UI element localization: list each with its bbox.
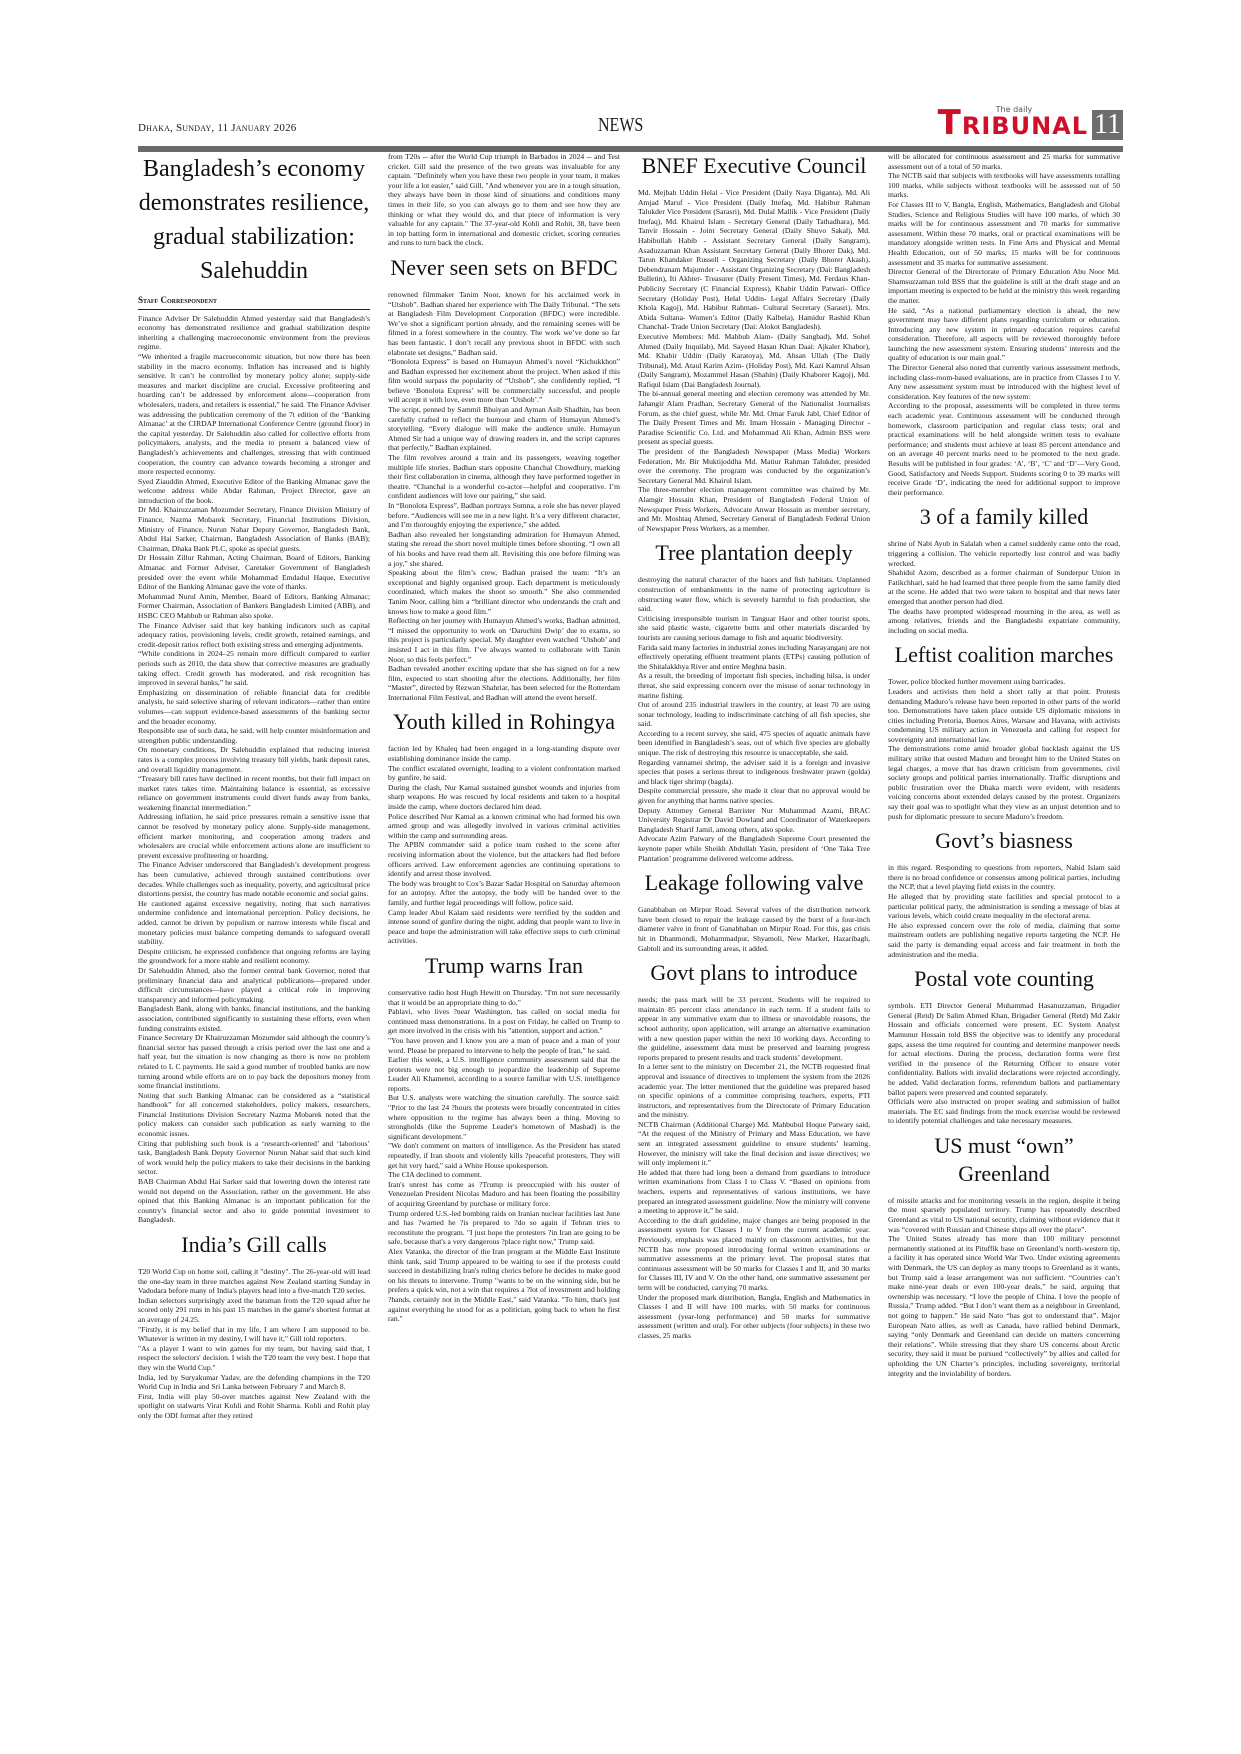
byline: Staff Correspondent — [138, 296, 370, 310]
paragraph: “Treasury bill rates have declined in re… — [138, 774, 370, 812]
article-body: Ganabhaban on Mirpur Road. Several valve… — [638, 905, 870, 953]
headline: Leftist coalition marches — [888, 641, 1120, 669]
headline: Bangladesh’s economy demonstrates resili… — [138, 152, 370, 288]
paragraph: The bi-annual general meeting and electi… — [638, 389, 870, 447]
article-trump-iran: Trump warns Iran conservative radio host… — [388, 952, 620, 1324]
paragraph: in this regard. Responding to questions … — [888, 863, 1120, 892]
headline: Leakage following valve — [638, 869, 870, 897]
article-body: shrine of Nabi Ayub in Salalah when a ca… — [888, 539, 1120, 635]
paragraph: The film revolves around a train and its… — [388, 453, 620, 501]
article-columns: Bangladesh’s economy demonstrates resili… — [138, 152, 1123, 1712]
paragraph: shrine of Nabi Ayub in Salalah when a ca… — [888, 539, 1120, 568]
article-govt-plans-continued: will be allocated for continuous assessm… — [888, 152, 1120, 497]
paragraph: symbols. ETI Director General Muhammad H… — [888, 1001, 1120, 1097]
paragraph: The Finance Adviser underscored that Ban… — [138, 860, 370, 898]
article-body: in this regard. Responding to questions … — [888, 863, 1120, 959]
paragraph: The United States already has more than … — [888, 1234, 1120, 1378]
paragraph: The script, penned by Sammil Bhuiyan and… — [388, 405, 620, 453]
paragraph: He added that there had long been a dema… — [638, 1168, 870, 1216]
paragraph: “While conditions in 2024–25 remain more… — [138, 649, 370, 687]
paragraph: Farida said many factories in industrial… — [638, 643, 870, 672]
paragraph: Police described Nur Kamal as a known cr… — [388, 812, 620, 841]
column-1: Bangladesh’s economy demonstrates resili… — [138, 152, 370, 1421]
paragraph: Tower, police blocked further movement u… — [888, 677, 1120, 687]
paragraph: Reflecting on her journey with Humayun A… — [388, 616, 620, 664]
paragraph: Dr Hossain Zillur Rahman, Acting Chairma… — [138, 553, 370, 591]
paragraph: Camp leader Abul Kalam said residents we… — [388, 908, 620, 946]
paragraph: According to a recent survey, she said, … — [638, 729, 870, 758]
paragraph: "We don't comment on matters of intellig… — [388, 1141, 620, 1170]
paragraph: Out of around 235 industrial trawlers in… — [638, 700, 870, 729]
paragraph: According to the proposal, assessments w… — [888, 401, 1120, 497]
article-body: faction led by Khaleq had been engaged i… — [388, 744, 620, 945]
paragraph: Trump ordered U.S.-led bombing raids on … — [388, 1209, 620, 1247]
paragraph: BAB Chairman Abdul Hai Sarker said that … — [138, 1177, 370, 1225]
paragraph: On monetary conditions, Dr Salehuddin ex… — [138, 745, 370, 774]
paragraph: The NCTB said that subjects with textboo… — [888, 171, 1120, 200]
paragraph: But U.S. analysts were watching the situ… — [388, 1093, 620, 1141]
paragraph: Badhan revealed another exciting update … — [388, 664, 620, 702]
newspaper-logo: The daily TRIBUNAL 11 — [938, 102, 1123, 140]
article-leftist: Leftist coalition marches Tower, police … — [888, 641, 1120, 821]
article-bnef: BNEF Executive Council Md. Mejbah Uddin … — [638, 152, 870, 533]
paragraph: The deaths have prompted widespread mour… — [888, 607, 1120, 636]
article-body: Tower, police blocked further movement u… — [888, 677, 1120, 821]
headline: Tree plantation deeply — [638, 539, 870, 567]
paragraph: He alleged that by providing state facil… — [888, 892, 1120, 921]
article-body: Finance Adviser Dr Salehuddin Ahmed yest… — [138, 314, 370, 1225]
paragraph: The CIA declined to comment. — [388, 1170, 620, 1180]
paragraph: “Bonolota Express” is based on Humayun A… — [388, 357, 620, 405]
paragraph: Alex Vatanka, the director of the Iran p… — [388, 1247, 620, 1324]
paragraph: The Finance Adviser said that key bankin… — [138, 621, 370, 650]
paragraph: Dr Md. Khairuzzaman Mozumder Secretary, … — [138, 505, 370, 553]
column-4: will be allocated for continuous assessm… — [888, 152, 1120, 1378]
headline: India’s Gill calls — [138, 1231, 370, 1259]
article-greenland: US must “own” Greenland of missile attac… — [888, 1132, 1120, 1378]
column-3: BNEF Executive Council Md. Mejbah Uddin … — [638, 152, 870, 1341]
paragraph: Md. Mejbah Uddin Helal - Vice President … — [638, 188, 870, 332]
paragraph: Regarding vannamei shrimp, the adviser s… — [638, 758, 870, 787]
paragraph: The three-member election management com… — [638, 485, 870, 533]
logo-wordmark: The daily TRIBUNAL — [938, 106, 1088, 140]
paragraph: “We inherited a fragile macroeconomic si… — [138, 352, 370, 477]
paragraph: needs; the pass mark will be 33 percent.… — [638, 995, 870, 1062]
paragraph: "You have proven and I know you are a ma… — [388, 1036, 620, 1055]
dateline: Dhaka, Sunday, 11 January 2026 — [138, 122, 296, 134]
paragraph: For Classes III to V, Bangla, English, M… — [888, 200, 1120, 267]
paragraph: The president of the Bangladesh Newspape… — [638, 447, 870, 485]
paragraph: Emphasizing on dissemination of reliable… — [138, 688, 370, 726]
headline: Trump warns Iran — [388, 952, 620, 980]
paragraph: of missile attacks and for monitoring ve… — [888, 1196, 1120, 1234]
paragraph: Badhan also revealed her longstanding ad… — [388, 530, 620, 568]
article-tree: Tree plantation deeply destroying the na… — [638, 539, 870, 863]
paragraph: According to the draft guideline, major … — [638, 1216, 870, 1293]
paragraph: Earlier this week, a U.S. intelligence c… — [388, 1055, 620, 1093]
paragraph: Shahidul Azom, described as a former cha… — [888, 568, 1120, 606]
article-body: symbols. ETI Director General Muhammad H… — [888, 1001, 1120, 1126]
paragraph: "Firstly, it is my belief that in my lif… — [138, 1325, 370, 1344]
paragraph: Noting that such Banking Almanac can be … — [138, 1091, 370, 1139]
headline: US must “own” Greenland — [888, 1132, 1120, 1188]
paragraph: will be allocated for continuous assessm… — [888, 152, 1120, 171]
paragraph: In a letter sent to the ministry on Dece… — [638, 1062, 870, 1120]
paragraph: Finance Secretary Dr Khairuzzaman Mozumd… — [138, 1033, 370, 1091]
paragraph: Pahlavi, who lives ?near Washington, has… — [388, 1007, 620, 1036]
headline: Youth killed in Rohingya — [388, 708, 620, 736]
paragraph: Despite commercial pressure, she made it… — [638, 786, 870, 805]
article-leakage: Leakage following valve Ganabhaban on Mi… — [638, 869, 870, 953]
paragraph: As a result, the breeding of important f… — [638, 671, 870, 700]
article-body: destroying the natural character of the … — [638, 575, 870, 863]
article-family: 3 of a family killed shrine of Nabi Ayub… — [888, 503, 1120, 635]
paragraph: renowned filmmaker Tanim Noor, known for… — [388, 290, 620, 357]
paragraph: destroying the natural character of the … — [638, 575, 870, 613]
article-gill: India’s Gill calls T20 World Cup on home… — [138, 1231, 370, 1421]
headline: Never seen sets on BFDC — [388, 254, 620, 282]
headline: Govt plans to introduce — [638, 959, 870, 987]
paragraph: Bangladesh Bank, along with banks, finan… — [138, 1004, 370, 1033]
paragraph: Responsible use of such data, he said, w… — [138, 726, 370, 745]
section-title: NEWS — [598, 114, 643, 137]
paragraph: Deputy Attorney General Barrister Nur Mu… — [638, 806, 870, 835]
paragraph: Dr Salehuddin Ahmed, also the former cen… — [138, 966, 370, 1004]
article-body: T20 World Cup on home soil, calling it "… — [138, 1267, 370, 1421]
paragraph: Advocate Azim Patwary of the Bangladesh … — [638, 834, 870, 863]
paragraph: First, India will play 50-over matches a… — [138, 1392, 370, 1421]
article-body: renowned filmmaker Tanim Noor, known for… — [388, 290, 620, 703]
headline: Postal vote counting — [888, 965, 1120, 993]
paragraph: Addressing inflation, he said price pres… — [138, 812, 370, 860]
paragraph: India, led by Suryakumar Yadav, are the … — [138, 1373, 370, 1392]
paragraph: Syed Ziauddin Ahmed, Executive Editor of… — [138, 477, 370, 506]
newspaper-page: Dhaka, Sunday, 11 January 2026 NEWS The … — [138, 108, 1123, 152]
paragraph: Citing that publishing such book is a ‘r… — [138, 1139, 370, 1177]
paragraph: Iran's unrest has come as ?Trump is preo… — [388, 1180, 620, 1209]
paragraph: Ganabhaban on Mirpur Road. Several valve… — [638, 905, 870, 953]
article-body: needs; the pass mark will be 33 percent.… — [638, 995, 870, 1340]
paragraph: NCTB Chairman (Additional Charge) Md. Ma… — [638, 1120, 870, 1168]
paragraph: Despite criticism, he expressed confiden… — [138, 947, 370, 966]
paragraph: conservative radio host Hugh Hewitt on T… — [388, 988, 620, 1007]
paragraph: Officials were also instructed on proper… — [888, 1097, 1120, 1126]
paragraph: He cautioned against excessive negativit… — [138, 899, 370, 947]
paragraph: Under the proposed mark distribution, Ba… — [638, 1293, 870, 1341]
logo-initial: T — [938, 103, 962, 143]
article-rohingya: Youth killed in Rohingya faction led by … — [388, 708, 620, 945]
article-bfdc: Never seen sets on BFDC renowned filmmak… — [388, 254, 620, 703]
paragraph: During the clash, Nur Kamal sustained gu… — [388, 783, 620, 812]
paragraph: Leaders and activists then held a short … — [888, 687, 1120, 745]
paragraph: Executive Members: Md. Mahbub Alam- (Dai… — [638, 332, 870, 390]
paragraph: Mohammad Nurul Amin, Member, Board of Ed… — [138, 592, 370, 621]
article-gill-continued: from T20s -- after the World Cup triumph… — [388, 152, 620, 248]
headline: Govt’s biasness — [888, 827, 1120, 855]
headline: BNEF Executive Council — [638, 152, 870, 180]
paragraph: faction led by Khaleq had been engaged i… — [388, 744, 620, 763]
paragraph: The body was brought to Cox’s Bazar Sada… — [388, 879, 620, 908]
paragraph: The conflict escalated overnight, leadin… — [388, 764, 620, 783]
article-govt-plans: Govt plans to introduce needs; the pass … — [638, 959, 870, 1340]
paragraph: Criticising irresponsible tourism in Tan… — [638, 614, 870, 643]
column-2: from T20s -- after the World Cup triumph… — [388, 152, 620, 1324]
paragraph: The demonstrations come amid broader glo… — [888, 744, 1120, 821]
article-body: conservative radio host Hugh Hewitt on T… — [388, 988, 620, 1324]
paragraph: Indian selectors surprisingly axed the b… — [138, 1296, 370, 1325]
logo-tagline: The daily — [996, 96, 1033, 124]
article-biasness: Govt’s biasness in this regard. Respondi… — [888, 827, 1120, 959]
paragraph: He said, “As a national parliamentary el… — [888, 306, 1120, 364]
paragraph: Director General of the Directorate of P… — [888, 267, 1120, 305]
article-postal: Postal vote counting symbols. ETI Direct… — [888, 965, 1120, 1126]
paragraph: In “Bonolota Express”, Badhan portrays S… — [388, 501, 620, 530]
article-body: Md. Mejbah Uddin Helal - Vice President … — [638, 188, 870, 533]
paragraph: T20 World Cup on home soil, calling it "… — [138, 1267, 370, 1296]
masthead: Dhaka, Sunday, 11 January 2026 NEWS The … — [138, 108, 1123, 144]
paragraph: The Director General also noted that cur… — [888, 363, 1120, 401]
paragraph: "As a player I want to win games for my … — [138, 1344, 370, 1373]
article-economy: Bangladesh’s economy demonstrates resili… — [138, 152, 370, 1225]
page-number: 11 — [1092, 110, 1123, 140]
headline: 3 of a family killed — [888, 503, 1120, 531]
paragraph: Finance Adviser Dr Salehuddin Ahmed yest… — [138, 314, 370, 352]
article-body: of missile attacks and for monitoring ve… — [888, 1196, 1120, 1378]
paragraph: Speaking about the film’s crew, Badhan p… — [388, 568, 620, 616]
paragraph: He also expressed concern over the role … — [888, 921, 1120, 959]
paragraph: The APBN commander said a police team ru… — [388, 840, 620, 878]
